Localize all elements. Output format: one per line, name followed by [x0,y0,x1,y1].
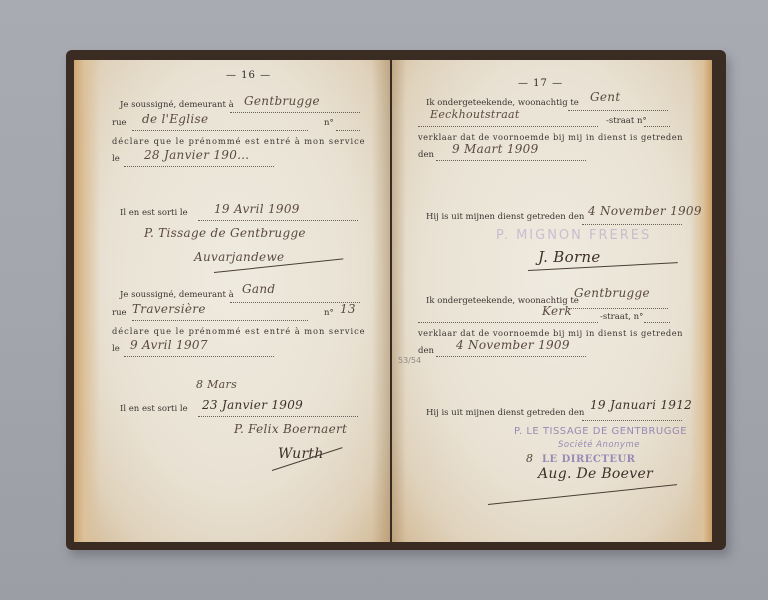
handwritten-city-2: Gand [242,282,275,296]
signature-prefix: 8 [526,452,533,465]
handwritten-street: Eeckhoutstraat [430,108,520,121]
company-stamp-line1: P. LE TISSAGE DE GENTBRUGGE [514,426,687,437]
label-residence: Ik ondergeteekende, woonachtig te [426,98,579,108]
handwritten-street-2: Traversière [132,302,206,316]
rule [568,308,668,309]
label-rue-2: rue [112,308,127,318]
rule [124,166,274,167]
label-exit-2: Il en est sorti le [120,404,188,414]
company-stamp: P. MIGNON FRERES [496,228,651,243]
handwritten-city: Gent [590,90,620,104]
rule [132,320,308,321]
page-number: — 17 — [518,78,563,89]
label-exit: Il en est sorti le [120,208,188,218]
handwritten-entry-date-2: 4 November 1909 [456,338,570,352]
page-number: — 16 — [226,70,271,81]
rule [568,110,668,111]
handwritten-exit-date: 19 Avril 1909 [214,202,300,216]
handwritten-signature: Auvarjandewe [194,250,284,264]
label-exit-2: Hij is uit mijnen dienst getreden den [426,408,584,418]
handwritten-street: de l'Eglise [142,112,208,126]
handwritten-entry-date: 28 Janvier 190… [144,148,249,162]
handwritten-employer: P. Tissage de Gentbrugge [144,226,306,240]
handwritten-signature: J. Borne [538,248,601,266]
label-straat: -straat n° [606,116,647,126]
rule [644,126,670,127]
right-page: — 17 — Ik ondergeteekende, woonachtig te… [392,60,712,542]
rule [198,416,358,417]
rule [418,126,598,127]
handwritten-exit-date-2: 19 Januari 1912 [590,398,692,412]
left-page: — 16 — Je soussigné, demeurant à Gentbru… [74,60,390,542]
label-number-2: n° [324,308,334,318]
verklaar-text-2: verklaar dat de voornoemde bij mij in di… [418,328,683,338]
signature-underline [488,484,677,505]
rule [132,130,308,131]
rule [198,220,358,221]
edge-stain [74,60,100,542]
rule [644,322,670,323]
company-stamp-line3: LE DIRECTEUR [542,454,635,465]
handwritten-correction: 8 Mars [196,378,237,391]
label-exit: Hij is uit mijnen dienst getreden den [426,212,584,222]
rule [582,224,682,225]
label-le-2: le [112,344,120,354]
label-le: le [112,154,120,164]
spine-shadow [392,60,406,542]
label-den: den [418,150,434,160]
label-residence-2: Je soussigné, demeurant à [120,290,234,300]
rule [418,322,598,323]
handwritten-street-2: Kerk [542,304,572,318]
rule [336,130,360,131]
handwritten-exit-date: 4 November 1909 [588,204,702,218]
handwritten-employer-2: P. Felix Boernaert [234,422,347,436]
spine-shadow [372,60,390,542]
pencil-note: 53/54 [398,356,421,365]
rule [582,420,682,421]
label-den-2: den [418,346,434,356]
handwritten-house-number: 13 [340,302,356,316]
declare-text-2: déclare que le prénommé est entré à mon … [112,326,366,336]
handwritten-exit-date-2: 23 Janvier 1909 [202,398,303,412]
label-rue: rue [112,118,127,128]
label-straat-2: -straat, n° [600,312,643,322]
handwritten-city-2: Gentbrugge [574,286,650,300]
verklaar-text: verklaar dat de voornoemde bij mij in di… [418,132,683,142]
label-number: n° [324,118,334,128]
handwritten-entry-date: 9 Maart 1909 [452,142,539,156]
handwritten-entry-date-2: 9 Avril 1907 [130,338,208,352]
company-stamp-line2: Société Anonyme [558,440,640,450]
label-residence: Je soussigné, demeurant à [120,100,234,110]
handwritten-signature-2: Aug. De Boever [538,466,653,482]
handwritten-city: Gentbrugge [244,94,320,108]
edge-stain [690,60,712,542]
rule [436,160,586,161]
rule [124,356,274,357]
rule [230,112,360,113]
rule [436,356,586,357]
declare-text: déclare que le prénommé est entré à mon … [112,136,366,146]
